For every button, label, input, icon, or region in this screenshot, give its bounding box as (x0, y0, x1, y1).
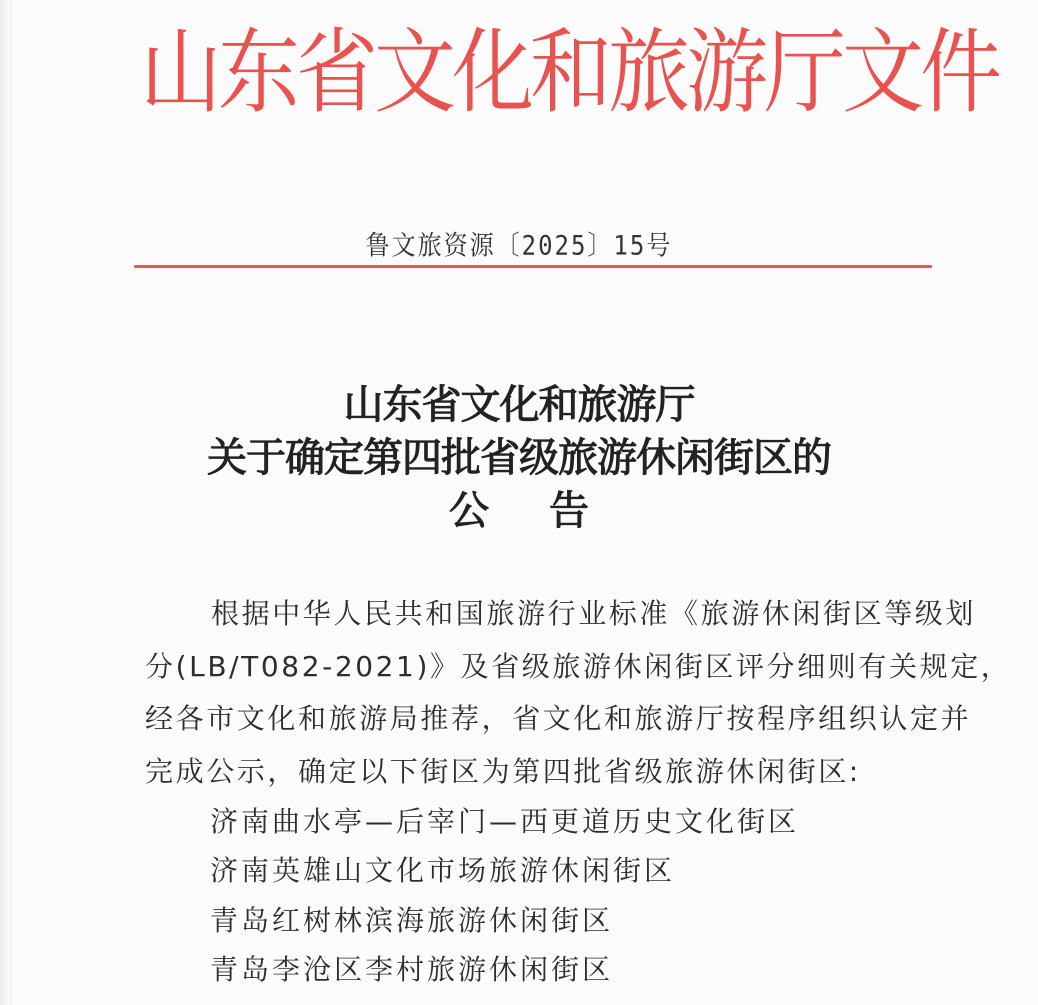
masthead-char: 文 (374, 12, 452, 135)
masthead-char: 化 (452, 12, 530, 135)
paragraph-line: 完成公示，确定以下街区为第四批省级旅游休闲街区: (145, 750, 925, 803)
masthead-char: 省 (296, 12, 374, 135)
masthead-char: 厅 (764, 12, 842, 135)
title-line-issuer: 山东省文化和旅游厅 (0, 378, 1038, 431)
red-divider-rule (134, 265, 932, 268)
list-item: 济南英雄山文化市场旅游休闲街区 (210, 849, 799, 898)
title-line-subject: 关于确定第四批省级旅游休闲街区的 (0, 431, 1038, 484)
list-item: 济南曲水亭—后宰门—西更道历史文化街区 (210, 800, 799, 849)
masthead-char: 游 (686, 12, 764, 135)
document-masthead: 山 东 省 文 化 和 旅 游 厅 文 件 (140, 12, 930, 135)
list-item: 青岛李沧区李村旅游休闲街区 (210, 948, 799, 997)
masthead-char: 和 (530, 12, 608, 135)
masthead-char: 件 (920, 12, 998, 135)
masthead-char: 文 (842, 12, 920, 135)
masthead-char: 旅 (608, 12, 686, 135)
title-line-notice: 公告 (0, 484, 1038, 537)
paragraph-line: 根据中华人民共和国旅游行业标准《旅游休闲街区等级划 (145, 592, 925, 645)
masthead-char: 山 (140, 12, 218, 135)
district-list: 济南曲水亭—后宰门—西更道历史文化街区 济南英雄山文化市场旅游休闲街区 青岛红树… (210, 800, 799, 997)
list-item: 青岛红树林滨海旅游休闲街区 (210, 899, 799, 948)
masthead-char: 东 (218, 12, 296, 135)
document-number: 鲁文旅资源〔2025〕15号 (0, 223, 1038, 262)
body-paragraph: 根据中华人民共和国旅游行业标准《旅游休闲街区等级划 分(LB/T082-2021… (145, 592, 925, 802)
notice-title: 山东省文化和旅游厅 关于确定第四批省级旅游休闲街区的 公告 (0, 378, 1038, 537)
paragraph-line: 分(LB/T082-2021)》及省级旅游休闲街区评分细则有关规定， (145, 645, 925, 698)
paragraph-line: 经各市文化和旅游局推荐，省文化和旅游厅按程序组织认定并 (145, 697, 925, 750)
